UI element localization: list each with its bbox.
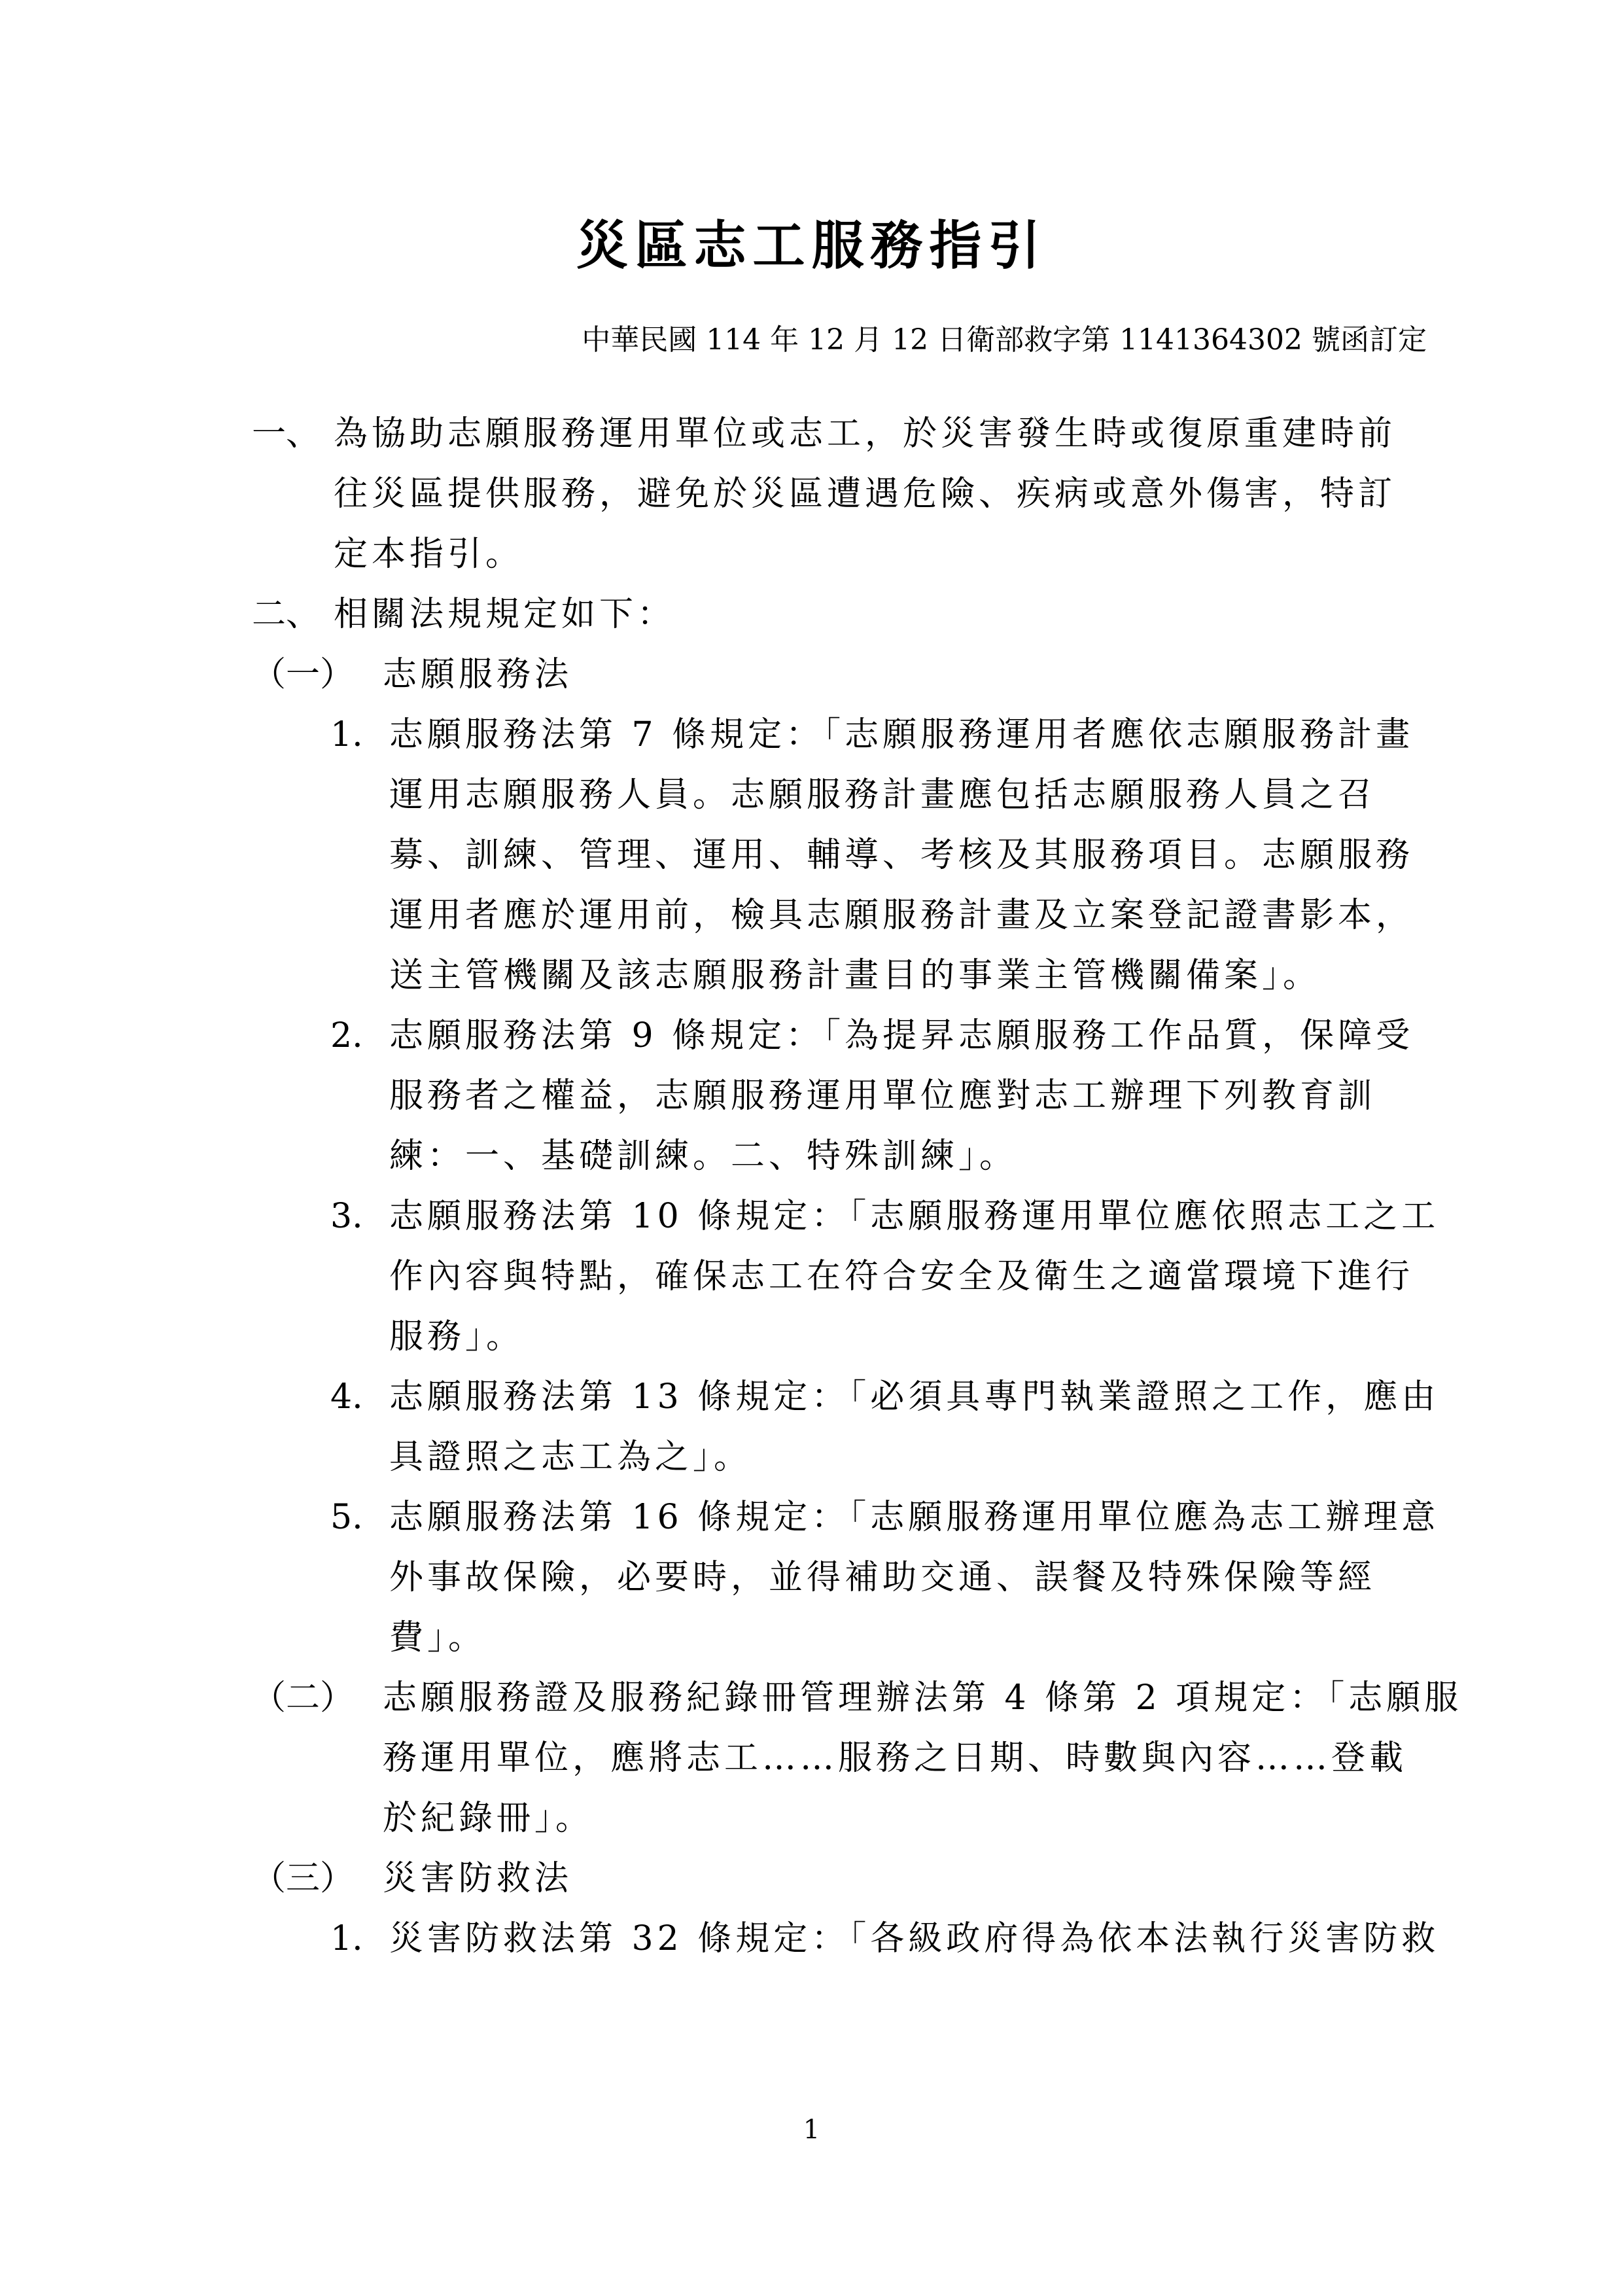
subsection-1-item-4-marker: 4.: [330, 1374, 363, 1420]
section-2-marker: 二、: [252, 592, 320, 637]
subsection-1-item-1-line-1: 志願服務法第 7 條規定：「志願服務運用者應依志願服務計畫: [389, 712, 1414, 758]
page-number: 1: [0, 2113, 1623, 2146]
subsection-1-item-2-line-1: 志願服務法第 9 條規定：「為提昇志願服務工作品質，保障受: [389, 1013, 1414, 1059]
section-1-line-3: 定本指引。: [334, 531, 523, 577]
subsection-1-item-3-line-3: 服務」。: [389, 1314, 524, 1360]
subsection-1-item-5-line-3: 費」。: [389, 1615, 486, 1661]
subsection-1-item-1-line-4: 運用者應於運用前，檢具志願服務計畫及立案登記證書影本，: [389, 892, 1414, 938]
subsection-1-item-3-marker: 3.: [330, 1193, 363, 1239]
subsection-1-item-1-line-2: 運用志願服務人員。志願服務計畫應包括志願服務人員之召: [389, 772, 1376, 818]
subsection-1-item-5-marker: 5.: [330, 1494, 363, 1540]
subsection-1-item-1-marker: 1.: [330, 712, 363, 758]
subsection-3-marker: （三）: [252, 1856, 354, 1901]
section-1-marker: 一、: [252, 411, 320, 457]
subsection-3-item-1-line-1: 災害防救法第 32 條規定：「各級政府得為依本法執行災害防救: [389, 1916, 1439, 1962]
subsection-1-item-1-line-5: 送主管機關及該志願服務計畫目的事業主管機關備案」。: [389, 953, 1321, 998]
document-issuance-note: 中華民國 114 年 12 月 12 日衛部救字第 1141364302 號函訂…: [582, 321, 1427, 360]
subsection-1-item-2-marker: 2.: [330, 1013, 363, 1059]
subsection-1-item-4-line-2: 具證照之志工為之」。: [389, 1434, 752, 1480]
subsection-1-item-4-line-1: 志願服務法第 13 條規定：「必須具專門執業證照之工作，應由: [389, 1374, 1439, 1420]
section-1-line-2: 往災區提供服務，避免於災區遭遇危險、疾病或意外傷害，特訂: [334, 471, 1396, 517]
document-page: 災區志工服務指引 中華民國 114 年 12 月 12 日衛部救字第 11413…: [0, 0, 1623, 2296]
subsection-1-item-2-line-2: 服務者之權益，志願服務運用單位應對志工辦理下列教育訓: [389, 1073, 1376, 1119]
subsection-1-item-5-line-2: 外事故保險，必要時，並得補助交通、誤餐及特殊保險等經: [389, 1555, 1376, 1600]
subsection-2-line-3: 於紀錄冊」。: [383, 1795, 593, 1841]
subsection-2-line-2: 務運用單位，應將志工……服務之日期、時數與內容……登載: [383, 1735, 1407, 1781]
section-2-line-1: 相關法規規定如下：: [334, 592, 675, 637]
subsection-3-heading: 災害防救法: [383, 1856, 572, 1901]
subsection-3-item-1-marker: 1.: [330, 1916, 363, 1962]
subsection-1-item-3-line-2: 作內容與特點，確保志工在符合安全及衛生之適當環境下進行: [389, 1254, 1414, 1299]
subsection-1-item-5-line-1: 志願服務法第 16 條規定：「志願服務運用單位應為志工辦理意: [389, 1494, 1439, 1540]
subsection-1-heading: 志願服務法: [383, 652, 572, 698]
subsection-2-line-1: 志願服務證及服務紀錄冊管理辦法第 4 條第 2 項規定：「志願服: [383, 1675, 1462, 1721]
section-1-line-1: 為協助志願服務運用單位或志工，於災害發生時或復原重建時前: [334, 411, 1396, 457]
subsection-1-item-2-line-3: 練：一、基礎訓練。二、特殊訓練」。: [389, 1133, 1017, 1179]
subsection-1-item-3-line-1: 志願服務法第 10 條規定：「志願服務運用單位應依照志工之工: [389, 1193, 1439, 1239]
subsection-1-marker: （一）: [252, 652, 354, 698]
subsection-1-item-1-line-3: 募、訓練、管理、運用、輔導、考核及其服務項目。志願服務: [389, 832, 1414, 878]
document-title: 災區志工服務指引: [0, 209, 1623, 281]
subsection-2-marker: （二）: [252, 1675, 354, 1721]
